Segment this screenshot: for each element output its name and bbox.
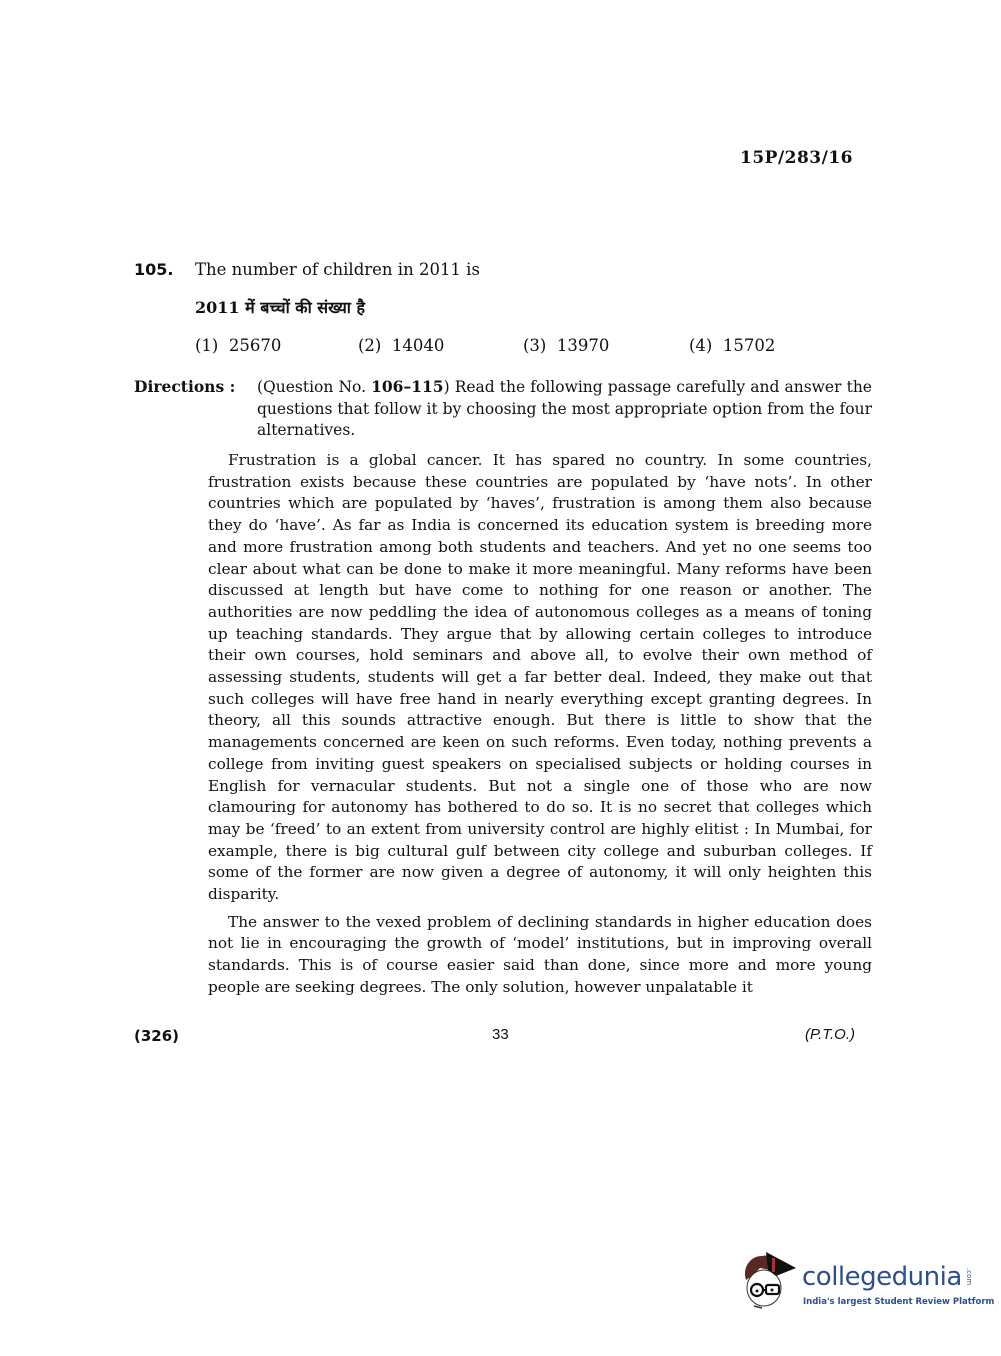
reading-passage: Frustration is a global cancer. It has s…: [208, 450, 872, 1005]
question-text-hindi: 2011 में बच्चों की संख्या है: [195, 296, 365, 318]
option-4: (4) 15702: [689, 336, 775, 355]
option-label: (2): [358, 336, 381, 355]
option-label: (4): [689, 336, 712, 355]
brand-name: collegedunia: [802, 1262, 962, 1292]
directions-prefix: (Question No.: [257, 378, 371, 396]
option-2: (2) 14040: [358, 336, 444, 355]
paper-code: 15P/283/16: [740, 148, 853, 168]
passage-paragraph: Frustration is a global cancer. It has s…: [208, 450, 872, 906]
brand-tagline: India's largest Student Review Platform: [803, 1297, 994, 1307]
option-3: (3) 13970: [523, 336, 609, 355]
footer-booklet-code: (326): [134, 1027, 179, 1045]
option-value: 14040: [392, 336, 445, 355]
option-label: (1): [195, 336, 218, 355]
brand-domain-suffix: .com: [965, 1268, 973, 1285]
option-value: 13970: [557, 336, 610, 355]
mascot-icon: [740, 1250, 798, 1314]
collegedunia-watermark: collegedunia .com India's largest Studen…: [740, 1250, 980, 1320]
directions-range: 106–115: [371, 377, 443, 396]
directions-text: (Question No. 106–115) Read the followin…: [257, 376, 872, 442]
option-value: 25670: [229, 336, 282, 355]
directions-label: Directions :: [134, 377, 235, 396]
passage-paragraph: The answer to the vexed problem of decli…: [208, 912, 872, 999]
option-value: 15702: [723, 336, 776, 355]
question-number: 105.: [134, 260, 173, 279]
please-turn-over: (P.T.O.): [805, 1026, 855, 1043]
option-1: (1) 25670: [195, 336, 281, 355]
option-label: (3): [523, 336, 546, 355]
question-text-english: The number of children in 2011 is: [195, 260, 480, 279]
page-number: 33: [492, 1026, 509, 1043]
